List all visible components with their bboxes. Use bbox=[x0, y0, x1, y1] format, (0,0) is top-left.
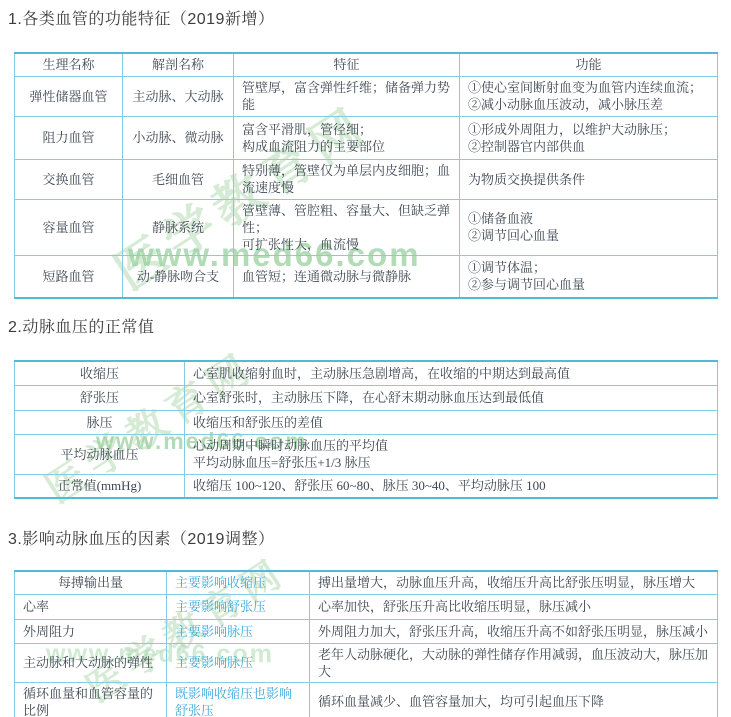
table-header-row: 生理名称 解剖名称 特征 功能 bbox=[15, 53, 718, 76]
table-row: 阻力血管 小动脉、微动脉 富含平滑肌，管径细； 构成血流阻力的主要部位 ①形成外… bbox=[15, 116, 718, 159]
cell-feature: 管壁薄、管腔粗、容量大、但缺乏弹性； 可扩张性大，血流慢 bbox=[234, 199, 460, 255]
cell-anatomy: 毛细血管 bbox=[123, 159, 234, 199]
table-row: 循环血量和血管容量的比例 既影响收缩压也影响舒张压 循环血量减少、血管容量加大，… bbox=[15, 682, 718, 717]
cell-physio: 交换血管 bbox=[15, 159, 123, 199]
cell-feature: 管壁厚，富含弹性纤维；储备弹力势能 bbox=[234, 76, 460, 116]
table-row: 正常值(mmHg) 收缩压 100~120、舒张压 60~80、脉压 30~40… bbox=[15, 474, 718, 498]
cell-factor: 心率 bbox=[15, 594, 167, 619]
cell-anatomy: 小动脉、微动脉 bbox=[123, 116, 234, 159]
cell-term: 收缩压 bbox=[15, 361, 185, 385]
cell-term: 舒张压 bbox=[15, 385, 185, 410]
cell-desc: 心室舒张时，主动脉压下降，在心舒末期动脉血压达到最低值 bbox=[185, 385, 718, 410]
table-row: 心率 主要影响舒张压 心率加快，舒张压升高比收缩压明显，脉压减小 bbox=[15, 594, 718, 619]
cell-function: ①使心室间断射血变为血管内连续血流； ②减小动脉血压波动，减小脉压差 bbox=[460, 76, 718, 116]
cell-feature: 血管短；连通微动脉与微静脉 bbox=[234, 255, 460, 298]
cell-function: ①调节体温； ②参与调节回心血量 bbox=[460, 255, 718, 298]
cell-physio: 短路血管 bbox=[15, 255, 123, 298]
cell-physio: 弹性储器血管 bbox=[15, 76, 123, 116]
cell-influence: 主要影响收缩压 bbox=[167, 571, 310, 594]
cell-effect: 外周阻力加大，舒张压升高，收缩压升高不如舒张压明显，脉压减小 bbox=[310, 619, 718, 643]
cell-factor: 主动脉和大动脉的弹性 bbox=[15, 643, 167, 682]
cell-desc: 心室肌收缩射血时，主动脉压急剧增高，在收缩的中期达到最高值 bbox=[185, 361, 718, 385]
cell-feature: 特别薄，管壁仅为单层内皮细胞；血流速度慢 bbox=[234, 159, 460, 199]
table-row: 收缩压 心室肌收缩射血时，主动脉压急剧增高，在收缩的中期达到最高值 bbox=[15, 361, 718, 385]
cell-anatomy: 静脉系统 bbox=[123, 199, 234, 255]
cell-desc: 心动周期中瞬时动脉血压的平均值 平均动脉血压=舒张压+1/3 脉压 bbox=[185, 434, 718, 474]
section-3-heading: 3.影响动脉血压的因素（2019调整） bbox=[8, 526, 274, 549]
cell-effect: 心率加快，舒张压升高比收缩压明显，脉压减小 bbox=[310, 594, 718, 619]
section-1-heading: 1.各类血管的功能特征（2019新增） bbox=[8, 6, 274, 29]
table-row: 每搏输出量 主要影响收缩压 搏出量增大，动脉血压升高，收缩压升高比舒张压明显，脉… bbox=[15, 571, 718, 594]
cell-anatomy: 主动脉、大动脉 bbox=[123, 76, 234, 116]
cell-effect: 循环血量减少、血管容量加大，均可引起血压下降 bbox=[310, 682, 718, 717]
bp-influencing-factors-table: 每搏输出量 主要影响收缩压 搏出量增大，动脉血压升高，收缩压升高比舒张压明显，脉… bbox=[14, 570, 718, 717]
section-2-heading: 2.动脉血压的正常值 bbox=[8, 314, 154, 337]
cell-desc: 收缩压 100~120、舒张压 60~80、脉压 30~40、平均动脉压 100 bbox=[185, 474, 718, 498]
cell-factor: 每搏输出量 bbox=[15, 571, 167, 594]
table-row: 外周阻力 主要影响脉压 外周阻力加大，舒张压升高，收缩压升高不如舒张压明显，脉压… bbox=[15, 619, 718, 643]
cell-factor: 循环血量和血管容量的比例 bbox=[15, 682, 167, 717]
cell-function: 为物质交换提供条件 bbox=[460, 159, 718, 199]
cell-desc: 收缩压和舒张压的差值 bbox=[185, 410, 718, 434]
cell-term: 平均动脉血压 bbox=[15, 434, 185, 474]
cell-term: 正常值(mmHg) bbox=[15, 474, 185, 498]
blood-pressure-normal-table: 收缩压 心室肌收缩射血时，主动脉压急剧增高，在收缩的中期达到最高值 舒张压 心室… bbox=[14, 360, 718, 499]
cell-feature: 富含平滑肌，管径细； 构成血流阻力的主要部位 bbox=[234, 116, 460, 159]
header-anatomy-name: 解剖名称 bbox=[123, 53, 234, 76]
table-row: 主动脉和大动脉的弹性 主要影响脉压 老年人动脉硬化，大动脉的弹性储存作用减弱，血… bbox=[15, 643, 718, 682]
cell-influence: 主要影响舒张压 bbox=[167, 594, 310, 619]
header-feature: 特征 bbox=[234, 53, 460, 76]
cell-function: ①形成外周阻力，以维护大动脉压； ②控制器官内部供血 bbox=[460, 116, 718, 159]
cell-effect: 老年人动脉硬化，大动脉的弹性储存作用减弱，血压波动大，脉压加大 bbox=[310, 643, 718, 682]
table-row: 容量血管 静脉系统 管壁薄、管腔粗、容量大、但缺乏弹性； 可扩张性大，血流慢 ①… bbox=[15, 199, 718, 255]
header-function: 功能 bbox=[460, 53, 718, 76]
cell-influence: 主要影响脉压 bbox=[167, 619, 310, 643]
cell-physio: 阻力血管 bbox=[15, 116, 123, 159]
table-row: 弹性储器血管 主动脉、大动脉 管壁厚，富含弹性纤维；储备弹力势能 ①使心室间断射… bbox=[15, 76, 718, 116]
cell-influence: 主要影响脉压 bbox=[167, 643, 310, 682]
header-physio-name: 生理名称 bbox=[15, 53, 123, 76]
cell-term: 脉压 bbox=[15, 410, 185, 434]
table-row: 平均动脉血压 心动周期中瞬时动脉血压的平均值 平均动脉血压=舒张压+1/3 脉压 bbox=[15, 434, 718, 474]
cell-effect: 搏出量增大，动脉血压升高，收缩压升高比舒张压明显，脉压增大 bbox=[310, 571, 718, 594]
table-row: 脉压 收缩压和舒张压的差值 bbox=[15, 410, 718, 434]
cell-function: ①储备血液 ②调节回心血量 bbox=[460, 199, 718, 255]
table-row: 舒张压 心室舒张时，主动脉压下降，在心舒末期动脉血压达到最低值 bbox=[15, 385, 718, 410]
vessel-function-table: 生理名称 解剖名称 特征 功能 弹性储器血管 主动脉、大动脉 管壁厚，富含弹性纤… bbox=[14, 52, 718, 299]
table-row: 交换血管 毛细血管 特别薄，管壁仅为单层内皮细胞；血流速度慢 为物质交换提供条件 bbox=[15, 159, 718, 199]
cell-physio: 容量血管 bbox=[15, 199, 123, 255]
document-content: 1.各类血管的功能特征（2019新增） 生理名称 解剖名称 特征 功能 弹性储器… bbox=[0, 0, 731, 717]
cell-factor: 外周阻力 bbox=[15, 619, 167, 643]
cell-influence: 既影响收缩压也影响舒张压 bbox=[167, 682, 310, 717]
cell-anatomy: 动-静脉吻合支 bbox=[123, 255, 234, 298]
table-row: 短路血管 动-静脉吻合支 血管短；连通微动脉与微静脉 ①调节体温； ②参与调节回… bbox=[15, 255, 718, 298]
